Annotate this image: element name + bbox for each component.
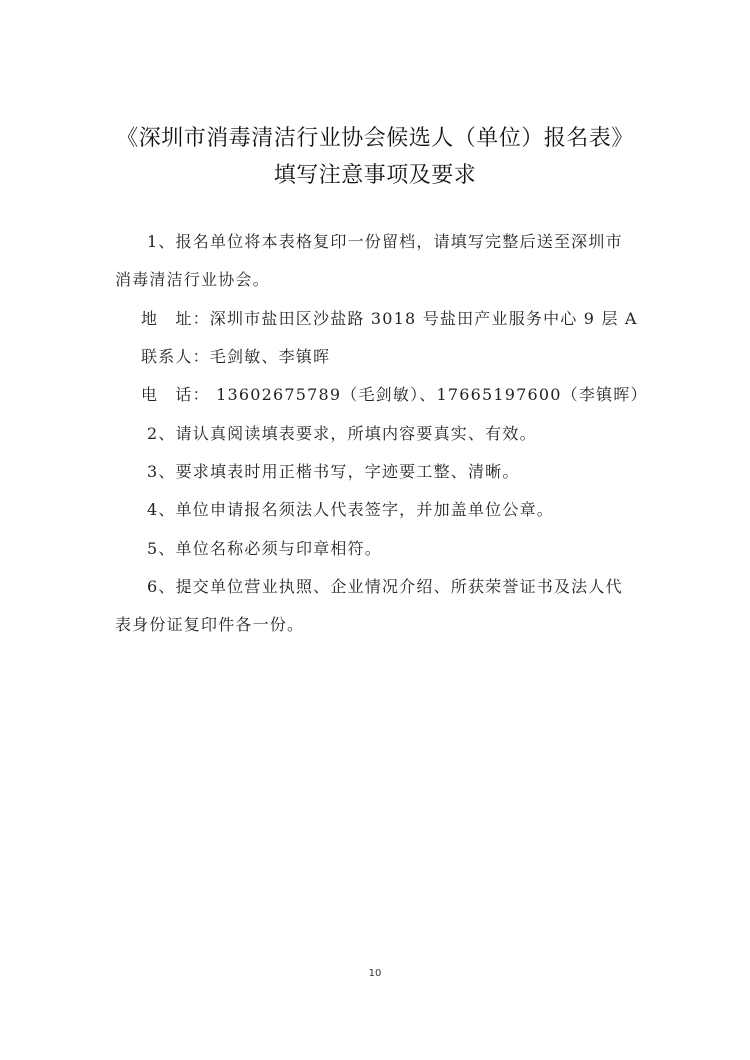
item-6-line-1: 6、提交单位营业执照、企业情况介绍、所获荣誉证书及法人代 [147,574,677,597]
page-number: 10 [0,968,750,979]
document-page: 《深圳市消毒清洁行业协会候选人（单位）报名表》 填写注意事项及要求 1、报名单位… [0,0,750,1060]
item-6-line-2: 表身份证复印件各一份。 [115,612,645,635]
contact-address: 地 址：深圳市盐田区沙盐路 3018 号盐田产业服务中心 9 层 A [141,306,671,329]
contact-person: 联系人：毛剑敏、李镇晖 [141,344,671,367]
document-subtitle: 填写注意事项及要求 [0,158,750,189]
document-title: 《深圳市消毒清洁行业协会候选人（单位）报名表》 [0,121,750,152]
item-1-line-1: 1、报名单位将本表格复印一份留档，请填写完整后送至深圳市 [147,229,677,252]
item-2: 2、请认真阅读填表要求，所填内容要真实、有效。 [147,421,677,444]
contact-phone: 电 话： 13602675789（毛剑敏）、17665197600（李镇晖） [141,382,671,405]
item-5: 5、单位名称必须与印章相符。 [147,536,677,559]
item-3: 3、要求填表时用正楷书写，字迹要工整、清晰。 [147,459,677,482]
item-1-line-2: 消毒清洁行业协会。 [115,267,645,290]
item-4: 4、单位申请报名须法人代表签字，并加盖单位公章。 [147,497,677,520]
